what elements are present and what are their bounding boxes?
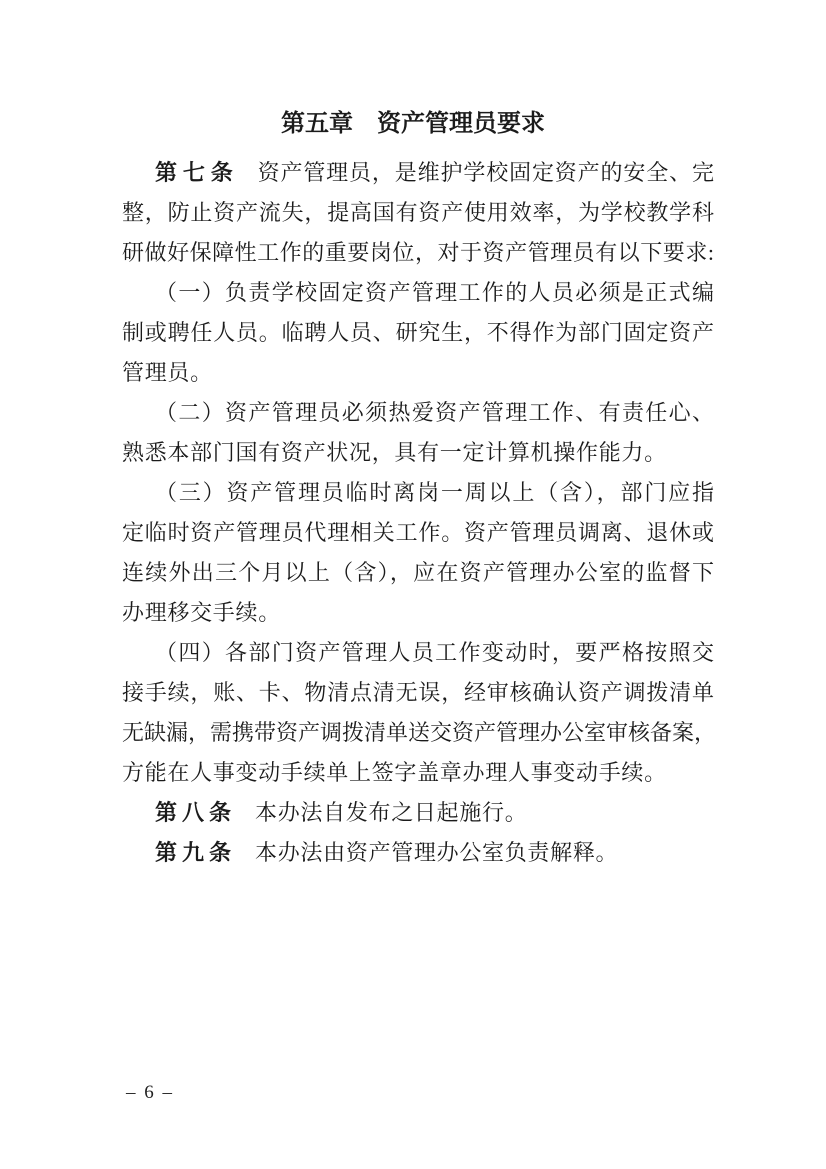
paragraph: 第九条本办法由资产管理办公室负责解释。 [122,833,714,873]
text-line: 接手续，账、卡、物清点清无误，经审核确认资产调拨清单 [122,673,714,713]
text-line: 第八条本办法自发布之日起施行。 [122,793,714,833]
text-line: 熟悉本部门国有资产状况，具有一定计算机操作能力。 [122,433,714,473]
text-line: （三）资产管理员临时离岗一周以上（含），部门应指 [122,473,714,513]
text-line: 定临时资产管理员代理相关工作。资产管理员调离、退休或 [122,513,714,553]
text-line: 管理员。 [122,353,714,393]
text-line: 制或聘任人员。临聘人员、研究生，不得作为部门固定资产 [122,313,714,353]
text-line: 研做好保障性工作的重要岗位，对于资产管理员有以下要求: [122,233,714,273]
article-number: 第七条 [155,160,239,185]
text-line: 连续外出三个月以上（含），应在资产管理办公室的监督下 [122,553,714,593]
paragraph: 第八条本办法自发布之日起施行。 [122,793,714,833]
paragraph: （一）负责学校固定资产管理工作的人员必须是正式编制或聘任人员。临聘人员、研究生，… [122,273,714,393]
text-line: 办理移交手续。 [122,593,714,633]
chapter-title: 第五章 资产管理员要求 [117,104,709,144]
text-line: 第七条资产管理员，是维护学校固定资产的安全、完 [122,153,714,193]
document-body: 第七条资产管理员，是维护学校固定资产的安全、完整，防止资产流失，提高国有资产使用… [122,153,714,873]
text-line: （一）负责学校固定资产管理工作的人员必须是正式编 [122,273,714,313]
article-number: 第九条 [155,840,236,865]
page-number: – 6 – [126,1080,174,1106]
paragraph: （三）资产管理员临时离岗一周以上（含），部门应指定临时资产管理员代理相关工作。资… [122,473,714,633]
text-line: 整，防止资产流失，提高国有资产使用效率，为学校教学科 [122,193,714,233]
paragraph: （四）各部门资产管理人员工作变动时，要严格按照交接手续，账、卡、物清点清无误，经… [122,633,714,793]
text-line: 第九条本办法由资产管理办公室负责解释。 [122,833,714,873]
paragraph: 第七条资产管理员，是维护学校固定资产的安全、完整，防止资产流失，提高国有资产使用… [122,153,714,273]
document-page: 第五章 资产管理员要求 第七条资产管理员，是维护学校固定资产的安全、完整，防止资… [0,0,826,1169]
paragraph: （二）资产管理员必须热爱资产管理工作、有责任心、熟悉本部门国有资产状况，具有一定… [122,393,714,473]
text-line: 无缺漏，需携带资产调拨清单送交资产管理办公室审核备案， [122,713,714,753]
text-line: （四）各部门资产管理人员工作变动时，要严格按照交 [122,633,714,673]
text-line: （二）资产管理员必须热爱资产管理工作、有责任心、 [122,393,714,433]
article-number: 第八条 [155,800,236,825]
text-line: 方能在人事变动手续单上签字盖章办理人事变动手续。 [122,753,714,793]
